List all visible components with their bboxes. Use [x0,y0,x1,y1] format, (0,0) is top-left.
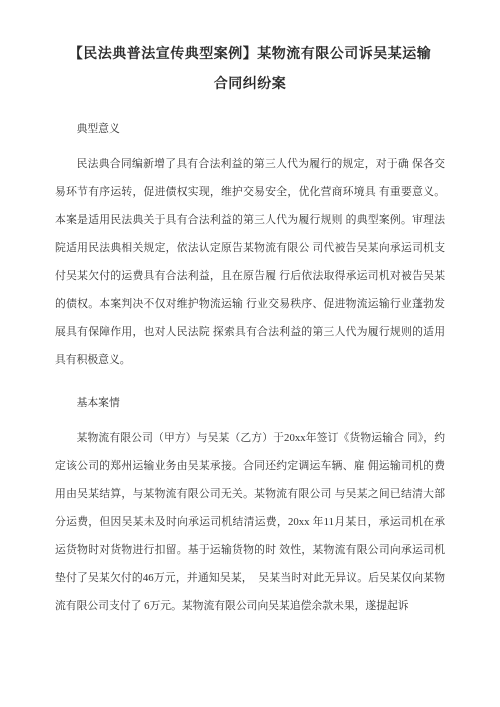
section-heading-basic-facts: 基本案情 [55,389,445,417]
section-typical-significance: 典型意义 民法典合同编新增了具有合法利益的第三人代为履行的规定，对于确 保各交易… [55,115,445,374]
document-title: 【民法典普法宣传典型案例】某物流有限公司诉吴某运输 合同纠纷案 [55,40,445,100]
section-basic-facts: 基本案情 某物流有限公司（甲方）与吴某（乙方）于20xx年签订《货物运输合 同》… [55,389,445,620]
section-heading-typical-significance: 典型意义 [55,115,445,143]
document-page: 【民法典普法宣传典型案例】某物流有限公司诉吴某运输 合同纠纷案 典型意义 民法典… [0,0,500,707]
document-title-line-2: 合同纠纷案 [55,70,445,100]
section-paragraph-basic-facts: 某物流有限公司（甲方）与吴某（乙方）于20xx年签订《货物运输合 同》，约定该公… [55,424,445,620]
document-title-line-1: 【民法典普法宣传典型案例】某物流有限公司诉吴某运输 [55,40,445,70]
section-paragraph-typical-significance: 民法典合同编新增了具有合法利益的第三人代为履行的规定，对于确 保各交易环节有序运… [55,150,445,374]
